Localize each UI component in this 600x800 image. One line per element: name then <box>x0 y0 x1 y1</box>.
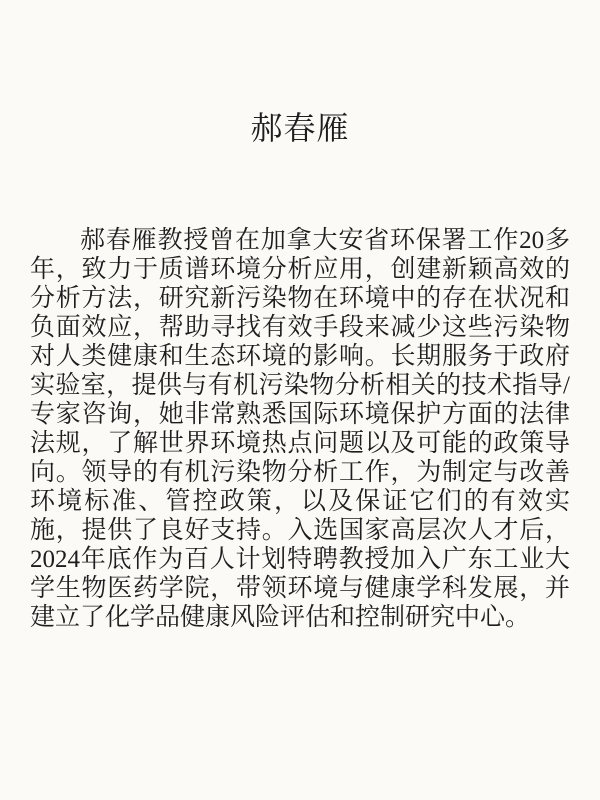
document-title: 郝春雁 <box>0 0 600 144</box>
document-paragraph: 郝春雁教授曾在加拿大安省环保署工作20多年，致力于质谱环境分析应用，创建新颖高效… <box>30 226 570 632</box>
document-page: 郝春雁 郝春雁教授曾在加拿大安省环保署工作20多年，致力于质谱环境分析应用，创建… <box>0 0 600 800</box>
